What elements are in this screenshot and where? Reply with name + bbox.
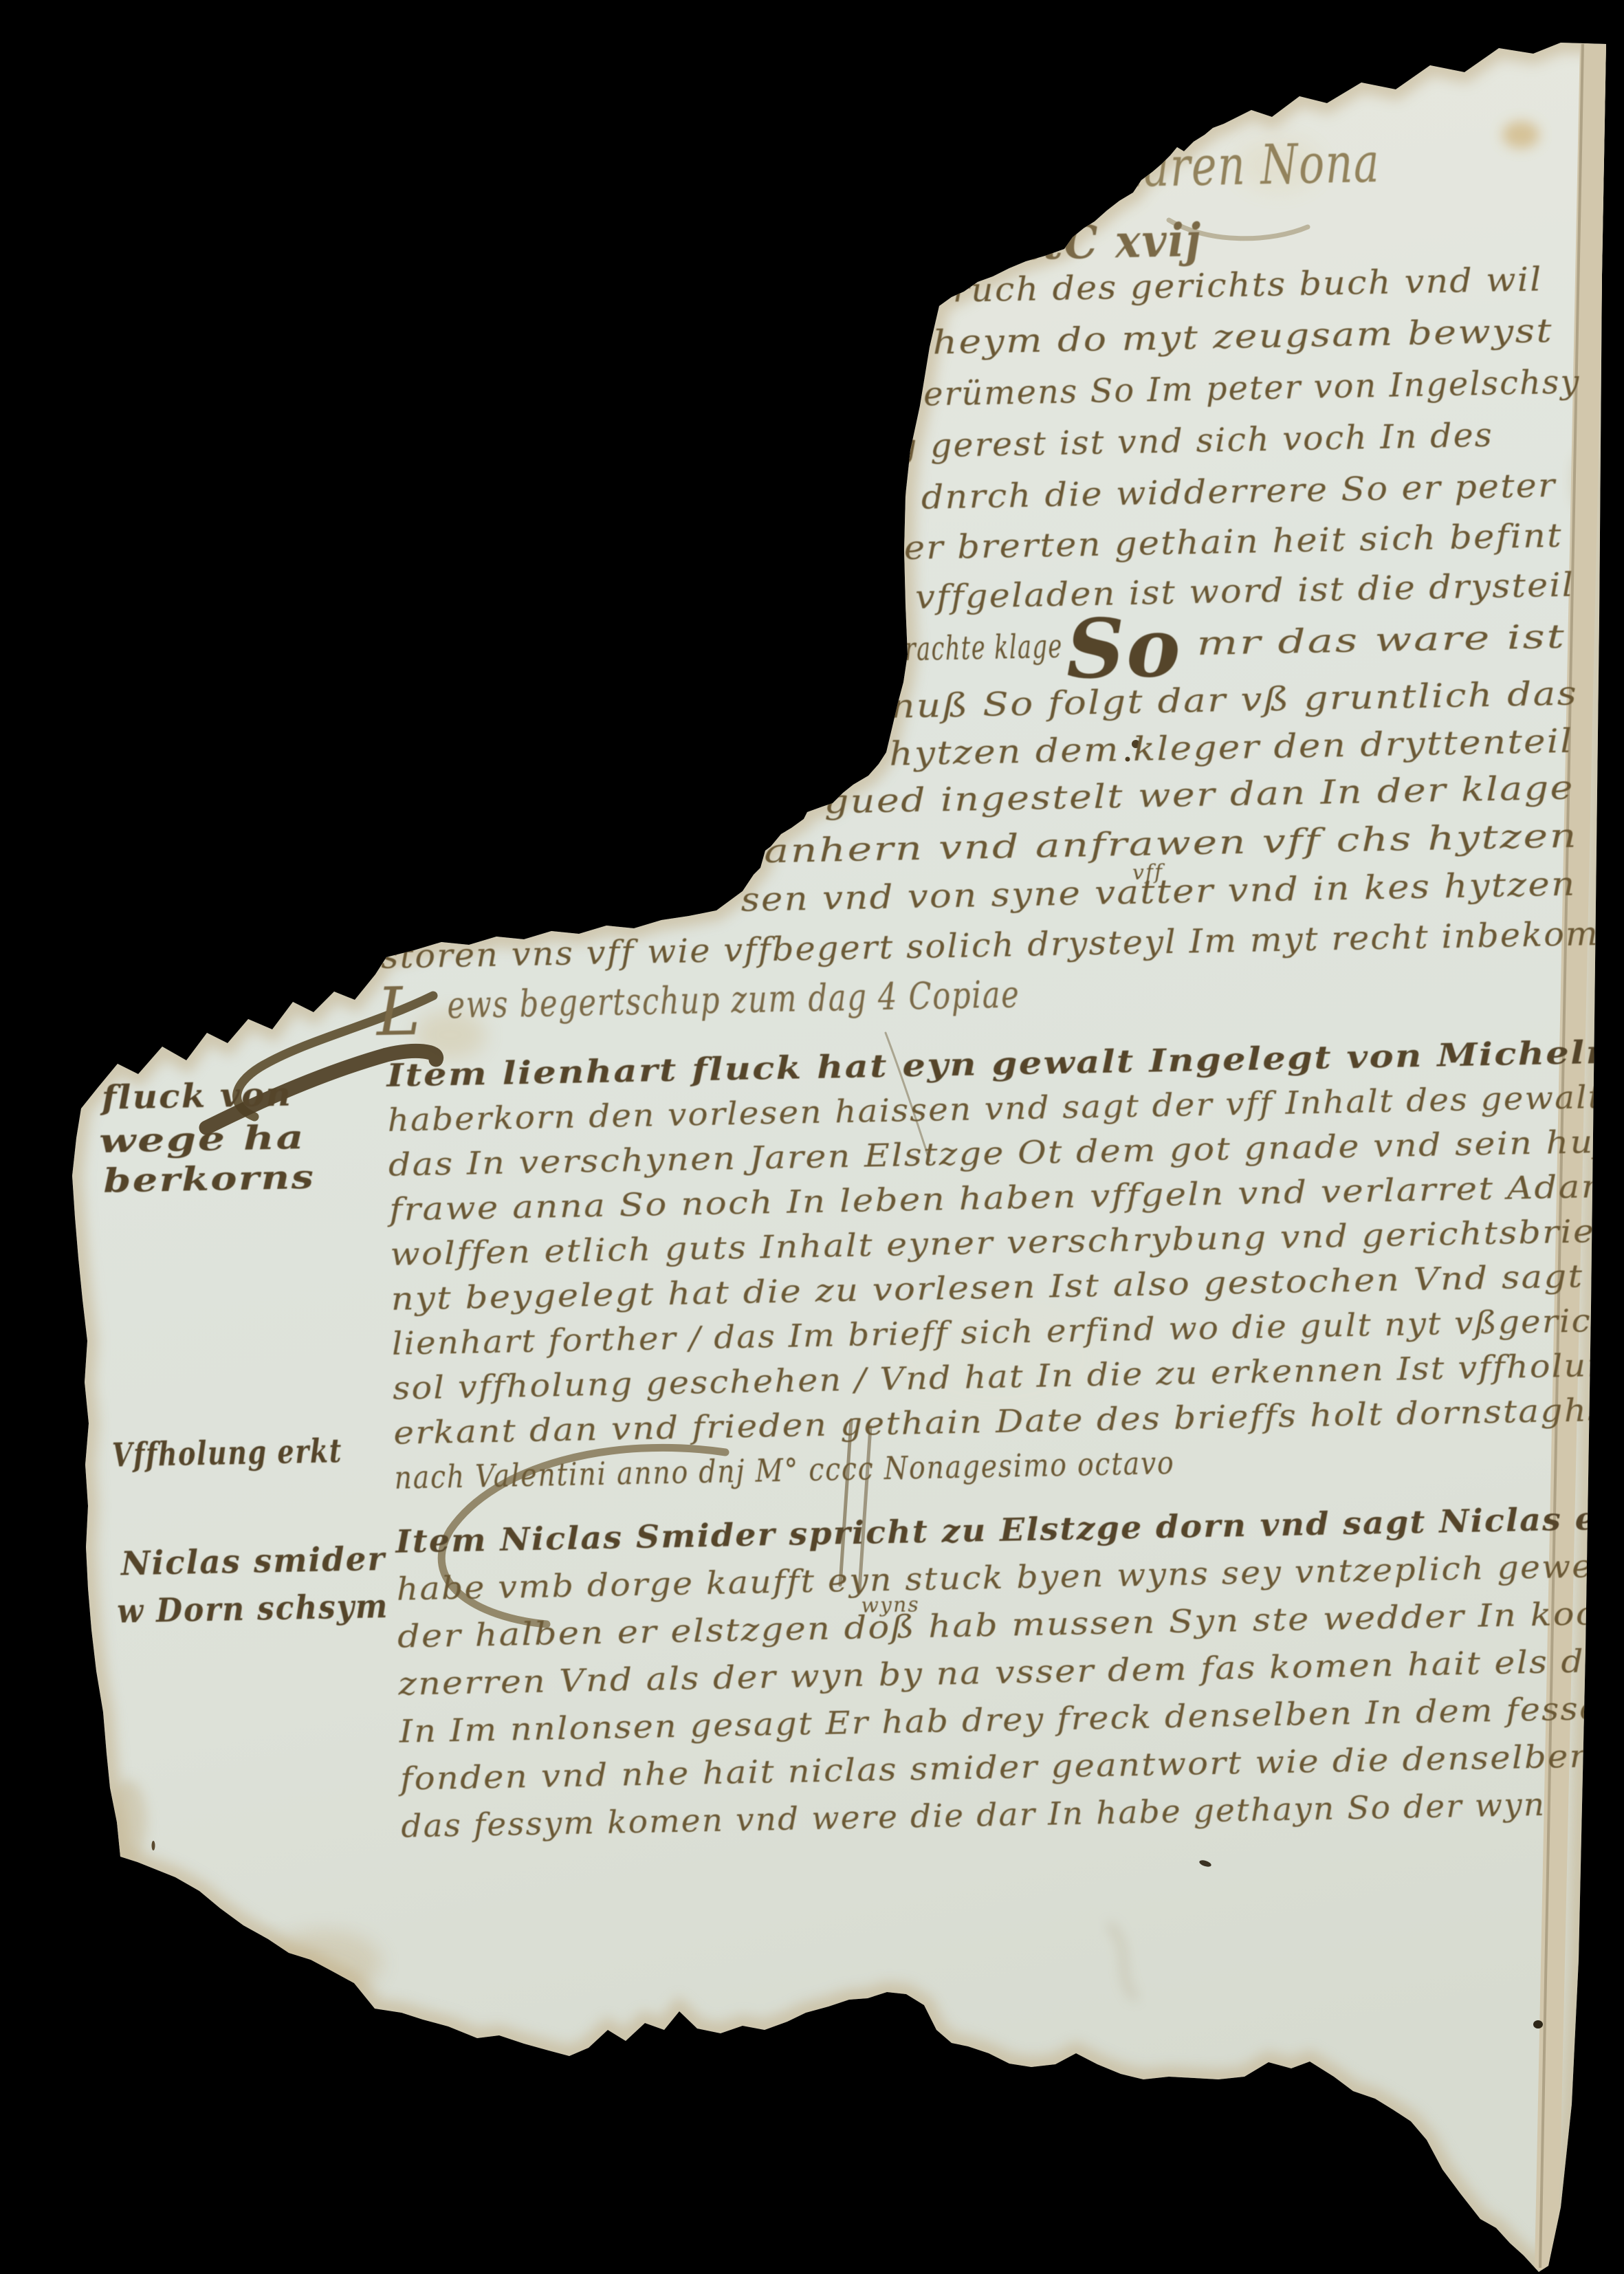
- margin-note-line: w Dorn schsym: [117, 1587, 389, 1631]
- margin-note-line: Niclas smider: [119, 1540, 387, 1583]
- manuscript-line: rachte klage: [904, 627, 1063, 668]
- margin-note-line: Vffholung erkt: [111, 1432, 342, 1474]
- manuscript-line: mr das ware ist: [1196, 617, 1566, 663]
- margin-note-line: fluck von: [99, 1075, 292, 1117]
- margin-note-line: wege ha: [99, 1118, 306, 1161]
- interlinear-insertion: wyns: [861, 1593, 920, 1618]
- folio-mark: ttC xvij: [1022, 213, 1203, 270]
- page-heading: haren Nona: [1115, 131, 1381, 199]
- manuscript-scan: haren Nona ttC xvij ruch des gerichts bu…: [0, 0, 1624, 2274]
- interlinear-insertion: vff: [1132, 860, 1166, 885]
- margin-note-line: berkorns: [103, 1158, 316, 1201]
- request-note-initial: L: [375, 973, 423, 1051]
- manuscript-photo: { "manuscript": { "heading": "haren Nona…: [0, 0, 1624, 2274]
